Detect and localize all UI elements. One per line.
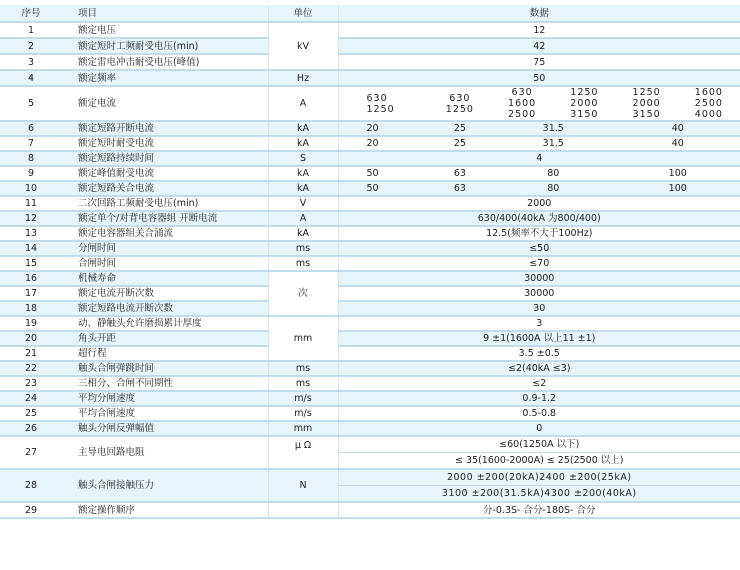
table-row: 5 额定电流 A 6301250 6301250 63016002500 125… [0, 86, 740, 121]
table-row: 2 额定短时工频耐受电压(min) 42 [0, 38, 740, 54]
col-header-no: 序号 [0, 5, 62, 22]
table-row: 23 三相分、合闸不同期性 ms ≤2 [0, 376, 740, 391]
table-row: 18 额定短路电流开断次数 30 [0, 301, 740, 316]
table-header: 序号 项目 单位 数据 [0, 5, 740, 22]
table-row: 26 触头分闸反弹幅值 mm 0 [0, 421, 740, 436]
table-row: 12 额定单个/对背电容器组 开断电流 A 630/400(40kA 为800/… [0, 211, 740, 226]
col-header-data: 数据 [338, 5, 740, 22]
table-row: 8 额定短路持续时间 S 4 [0, 151, 740, 166]
table-row: 24 平均分闸速度 m/s 0.9-1.2 [0, 391, 740, 406]
table-row: 25 平均合闸速度 m/s 0.5-0.8 [0, 406, 740, 421]
table-row: 6 额定短路开断电流 kA 202531.540 [0, 121, 740, 136]
table-row: 7 额定短时耐受电流 kA 202531.540 [0, 136, 740, 151]
table-row: 3 额定雷电冲击耐受电压(峰值) 75 [0, 54, 740, 70]
table-row: 17 额定电流开断次数 30000 [0, 286, 740, 301]
table-row: 27 主导电回路电阻 μ Ω ≤60(1250A 以下)≤ 35(1600-20… [0, 436, 740, 469]
table-row: 29 额定操作顺序 分-0.3S- 合分-180S- 合分 [0, 502, 740, 518]
table-row: 9 额定峰值耐受电流 kA 506380100 [0, 166, 740, 181]
table-row: 10 额定短路关合电流 kA 506380100 [0, 181, 740, 196]
table-row: 22 触头合闸弹跳时间 ms ≤2(40kA ≤3) [0, 361, 740, 376]
unit-cell: 次 [268, 271, 338, 316]
unit-cell: mm [268, 316, 338, 361]
unit-cell: kV [268, 22, 338, 70]
table-row: 14 分闸时间 ms ≤50 [0, 241, 740, 256]
table-row: 15 合闸时间 ms ≤70 [0, 256, 740, 271]
table-row: 21 超行程 3.5 ±0.5 [0, 346, 740, 361]
table-row: 11 二次回路工频耐受电压(min) V 2000 [0, 196, 740, 211]
col-header-item: 项目 [62, 5, 268, 22]
table-row: 16 机械寿命 次 30000 [0, 271, 740, 286]
table-row: 13 额定电容器组关合涌流 kA 12.5(频率不大于100Hz) [0, 226, 740, 241]
table-row: 1 额定电压 kV 12 [0, 22, 740, 38]
table-row: 4 额定频率 Hz 50 [0, 70, 740, 86]
table-row: 28 触头合闸接触压力 N 2000 ±200(20kA)2400 ±200(2… [0, 469, 740, 502]
table-row: 19 动、静触头允许磨损累计厚度 mm 3 [0, 316, 740, 331]
spec-table: 序号 项目 单位 数据 1 额定电压 kV 12 2 额定短时工频耐受电压(mi… [0, 5, 740, 519]
rated-current-values: 6301250 6301250 63016002500 125020003150… [338, 86, 740, 121]
col-header-unit: 单位 [268, 5, 338, 22]
table-row: 20 角头开距 9 ±1(1600A 以上11 ±1) [0, 331, 740, 346]
